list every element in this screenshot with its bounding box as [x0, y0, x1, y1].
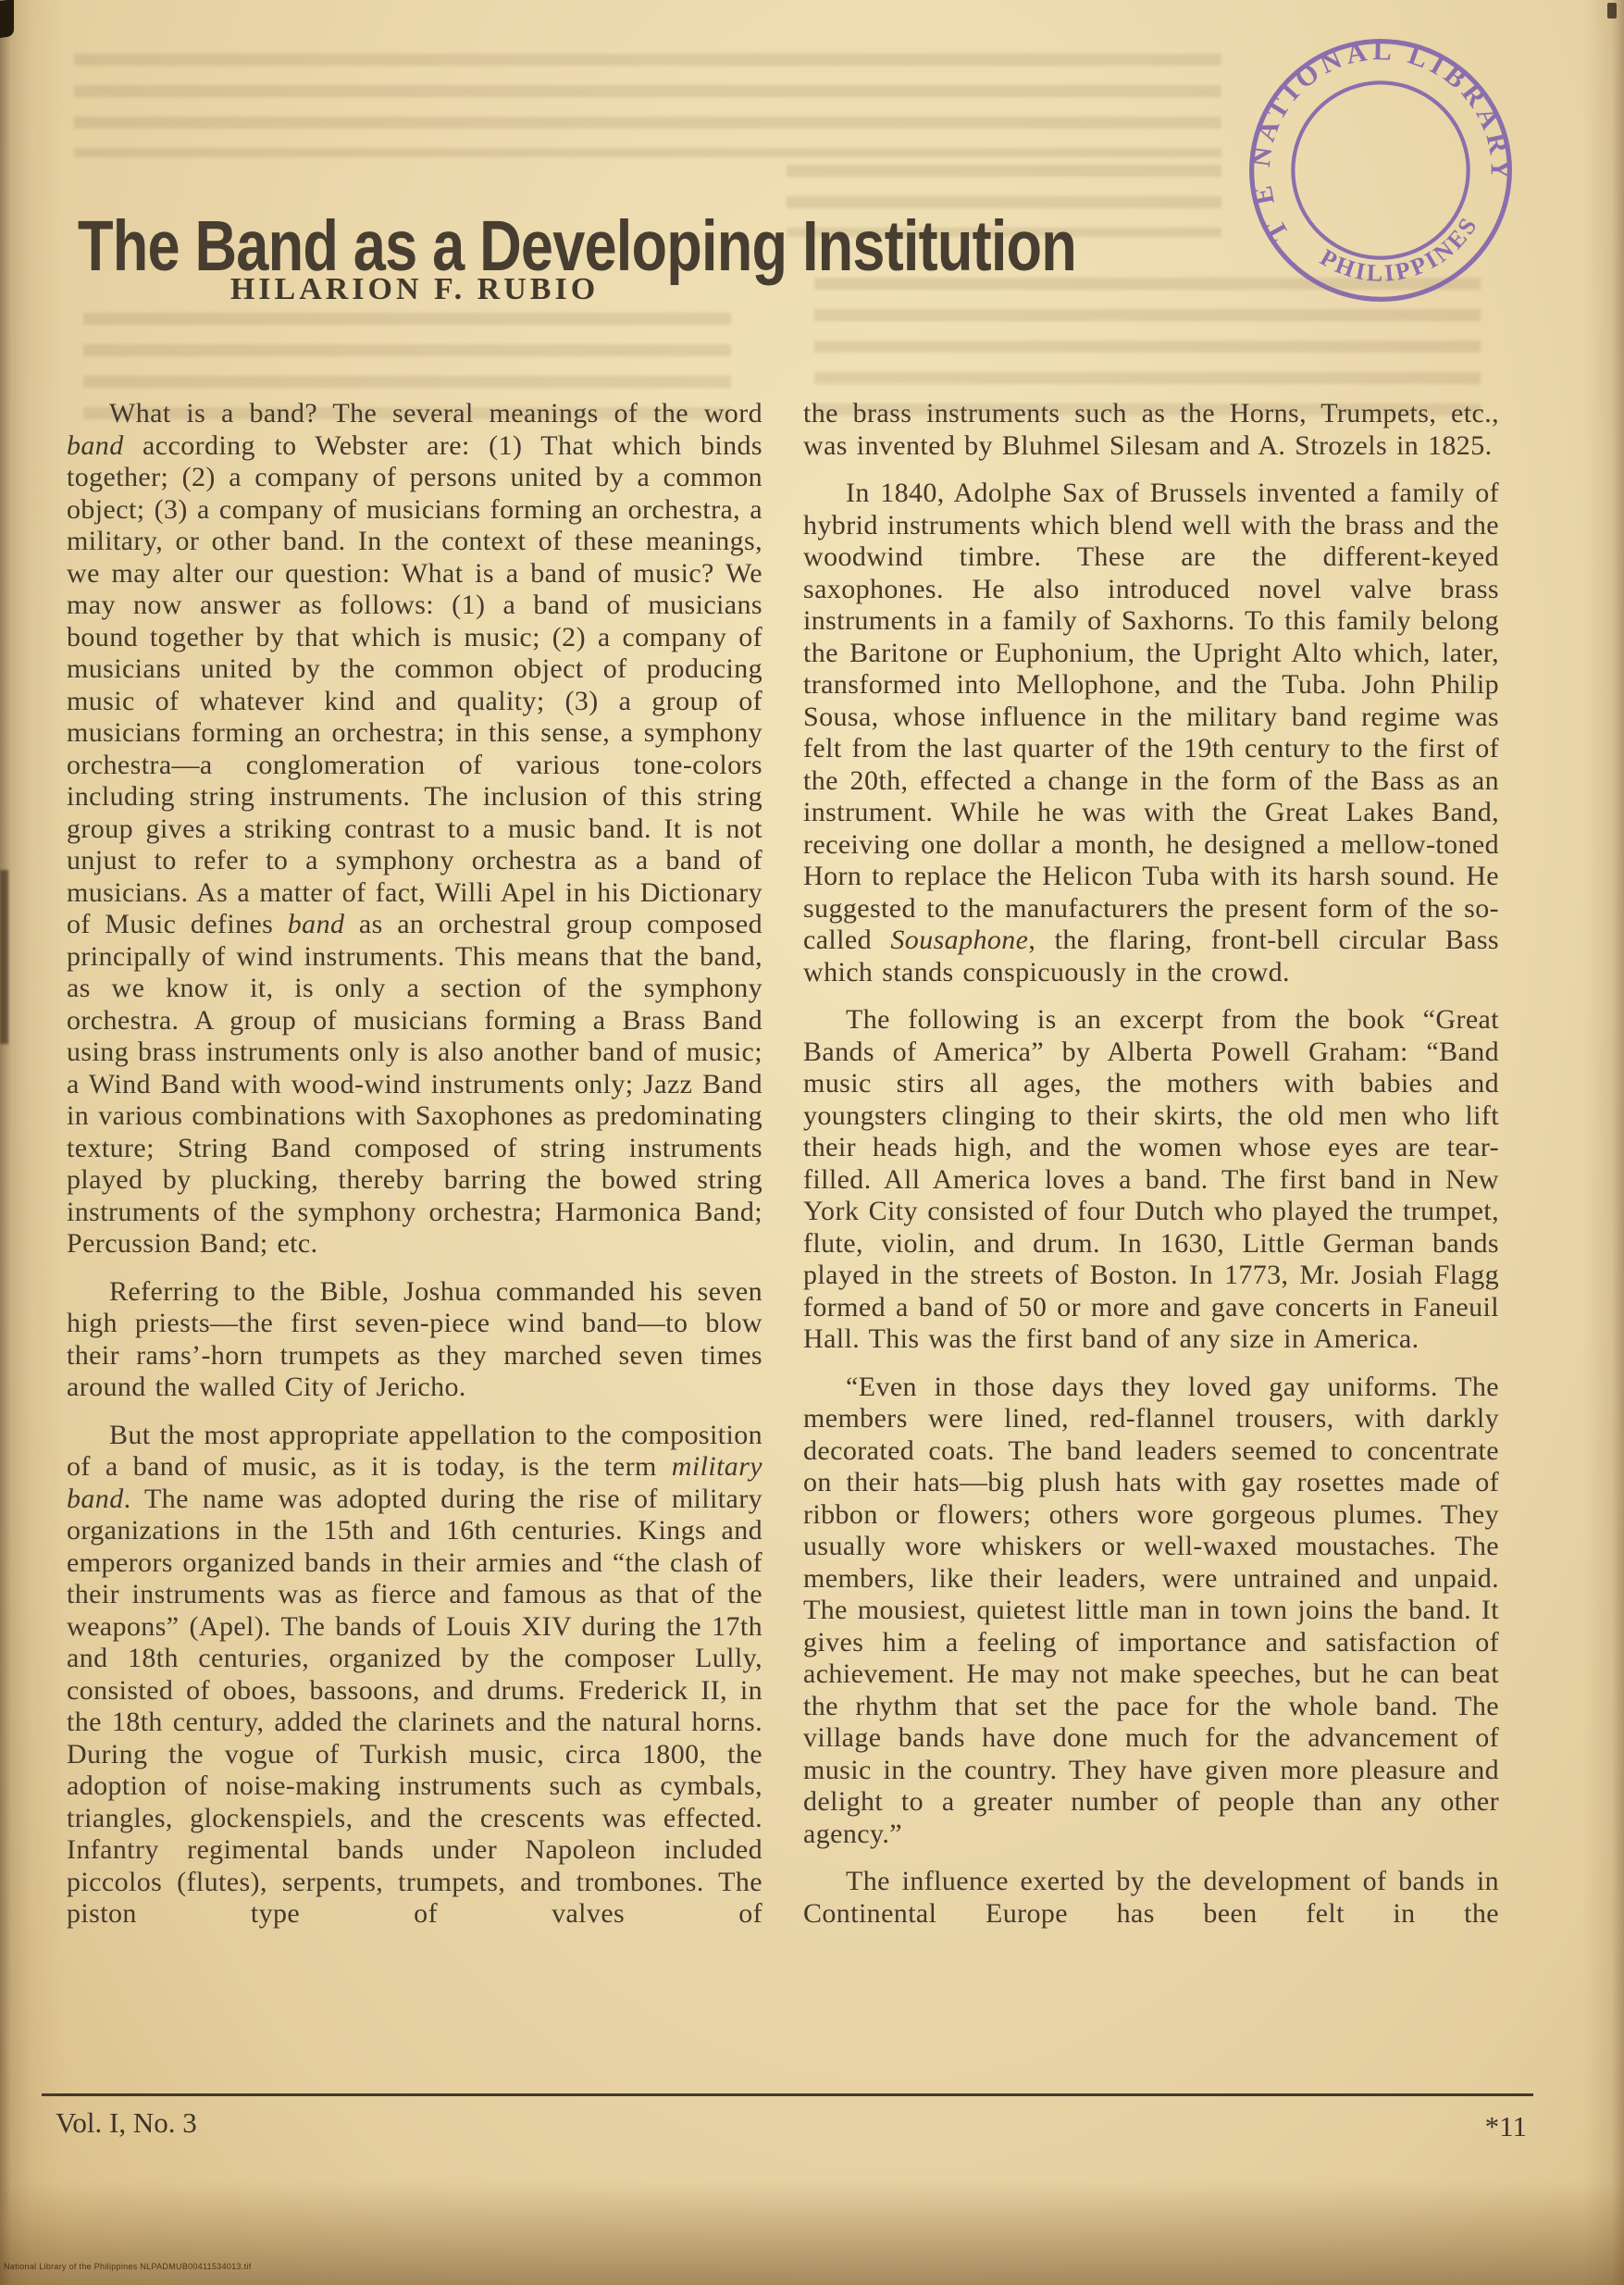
scan-watermark: National Library of the Philippines NLPA… — [4, 2262, 252, 2271]
article-paragraph: the brass instruments such as the Horns,… — [803, 398, 1499, 462]
scan-artifact-smudge — [0, 870, 8, 1044]
bleedthrough-texture — [74, 54, 1221, 157]
article-paragraph: But the most appropriate appellation to … — [67, 1420, 762, 1931]
library-stamp: T E NATIONAL LIBRARY ★ PHILIPPINES ★ — [1236, 26, 1525, 315]
article-paragraph: In 1840, Adolphe Sax of Brussels invente… — [803, 478, 1499, 988]
scan-artifact-speck — [1607, 3, 1617, 19]
page-edge-shading-left — [0, 0, 65, 2285]
article-paragraph: What is a band? The several meanings of … — [67, 398, 762, 1260]
scan-artifact-corner — [0, 0, 14, 38]
author-byline: HILARION F. RUBIO — [67, 272, 762, 307]
article-paragraph: The influence exerted by the development… — [803, 1866, 1499, 1930]
left-column: What is a band? The several meanings of … — [67, 398, 762, 1946]
article-paragraph: Referring to the Bible, Joshua commanded… — [67, 1276, 762, 1404]
page-edge-shading-right — [1583, 0, 1624, 2285]
article-paragraph: “Even in those days they loved gay unifo… — [803, 1372, 1499, 1851]
scanned-article-page: The Band as a Developing Institution HIL… — [0, 0, 1624, 2285]
footer-volume: Vol. I, No. 3 — [56, 2106, 197, 2140]
footer-divider — [42, 2093, 1533, 2096]
article-paragraph: The following is an excerpt from the boo… — [803, 1004, 1499, 1356]
footer-page-number: *11 — [1370, 2110, 1527, 2143]
right-column: the brass instruments such as the Horns,… — [803, 398, 1499, 1945]
